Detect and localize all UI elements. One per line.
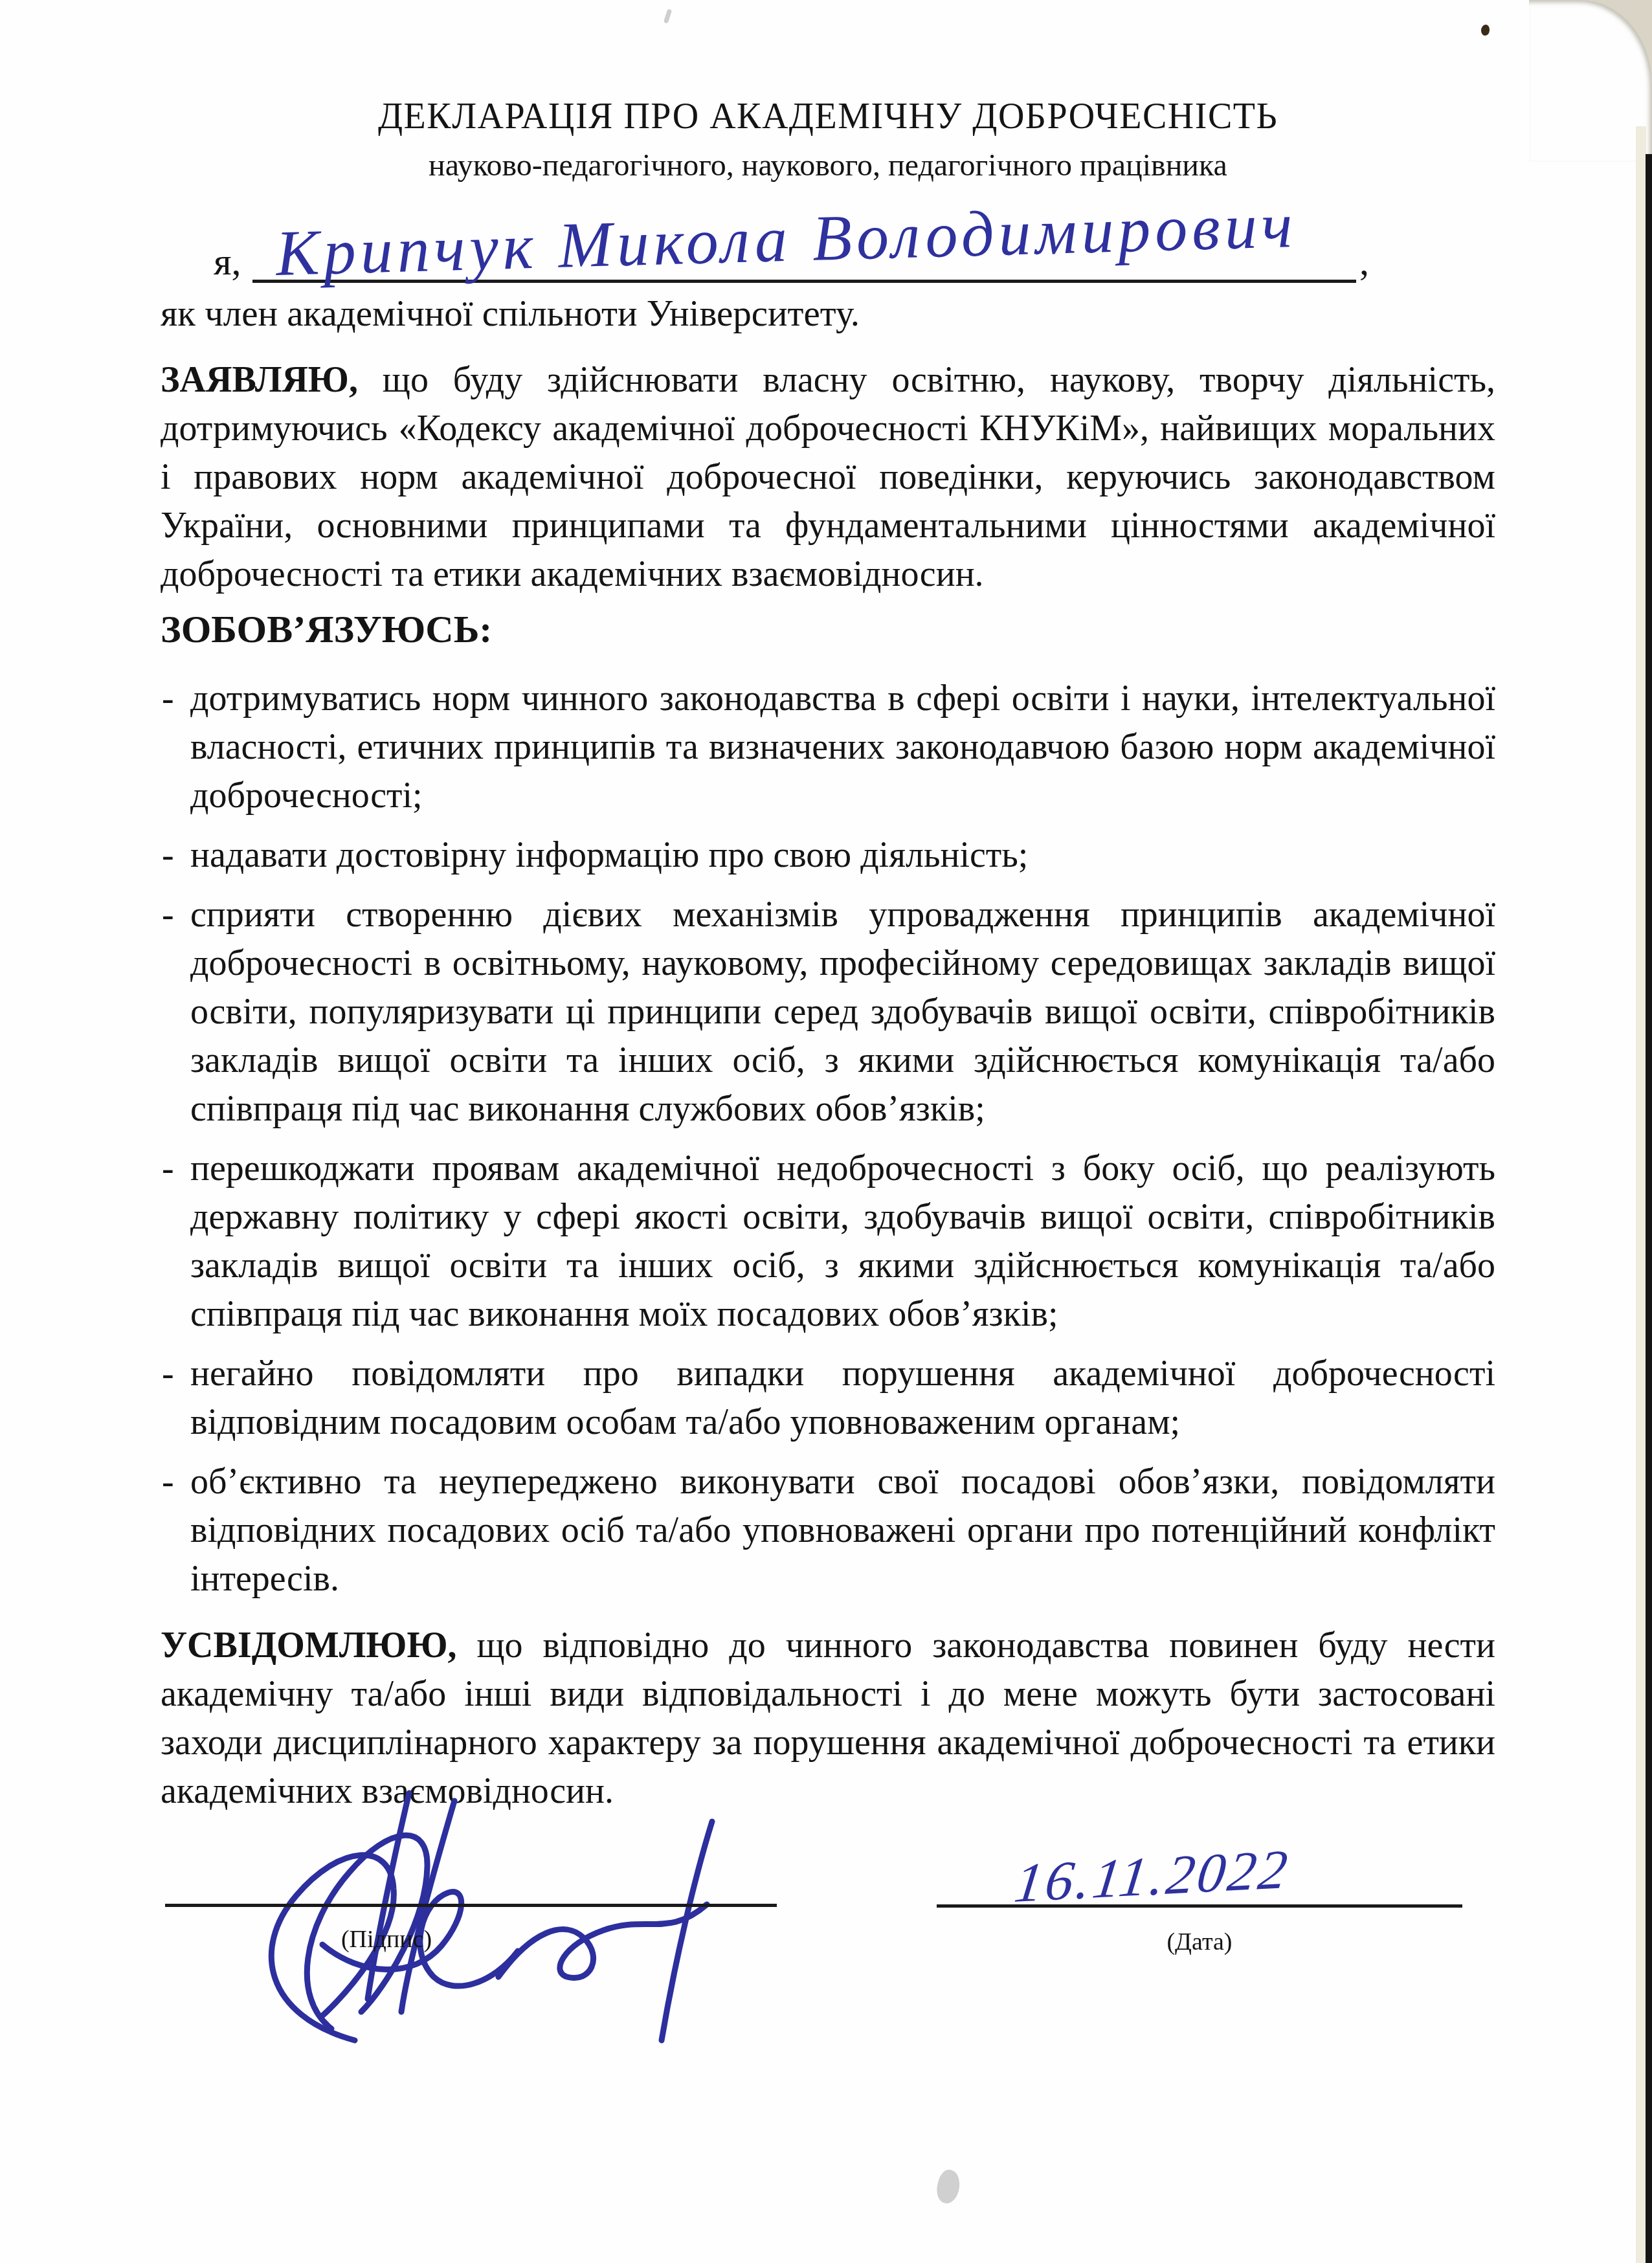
dash-bullet: - [162,1144,174,1193]
document-subtitle: науково-педагогічного, наукового, педаго… [161,148,1495,183]
signature-line [165,1904,777,1907]
scan-edge-right-strip [1646,154,1652,2263]
obligations-heading: ЗОБОВ’ЯЗУЮСЬ: [161,607,1495,652]
dash-bullet: - [162,1458,174,1506]
list-item-text: негайно повідомляти про випадки порушенн… [190,1354,1495,1442]
comma-after-name: , [1359,240,1369,284]
list-item: - надавати достовірну інформацію про сво… [161,831,1495,880]
list-item: - дотримуватись норм чинного законодавст… [161,674,1495,820]
signature-ink [194,1781,842,2053]
list-item: - перешкоджати проявам академічної недоб… [161,1144,1495,1339]
dash-bullet: - [162,891,174,939]
list-item: - негайно повідомляти про випадки поруше… [161,1350,1495,1447]
list-item-text: перешкоджати проявам академічної недобро… [190,1148,1495,1334]
handwritten-name: Крипчук Микола Володимирович [275,188,1298,291]
scan-smudge [933,2168,963,2206]
acknowledgement-lead: УСВІДОМЛЮЮ, [161,1625,456,1666]
scan-mark [664,8,672,23]
membership-line: як член академічної спільноти Університе… [161,293,1495,335]
dash-bullet: - [162,831,174,880]
scan-edge-cream-strip [1636,126,1646,2263]
statement-paragraph: ЗАЯВЛЯЮ, що буду здійснювати власну осві… [161,356,1495,599]
statement-body: що буду здійснювати власну освітню, наук… [161,360,1495,594]
list-item-text: надавати достовірну інформацію про свою … [190,835,1028,875]
list-item-text: сприяти створенню дієвих механізмів упро… [190,895,1495,1129]
dash-bullet: - [162,674,174,723]
date-caption: (Дата) [1005,1928,1394,1956]
dash-bullet: - [162,1350,174,1398]
obligations-list: - дотримуватись норм чинного законодавст… [161,674,1495,1614]
statement-lead: ЗАЯВЛЯЮ, [161,360,358,400]
list-item: - об’єктивно та неупереджено виконувати … [161,1458,1495,1603]
scan-corner-top-right [1529,0,1652,162]
list-item-text: дотримуватись норм чинного законодавства… [190,678,1495,816]
list-item: - сприяти створенню дієвих механізмів уп… [161,891,1495,1133]
scanned-declaration-page: ДЕКЛАРАЦІЯ ПРО АКАДЕМІЧНУ ДОБРОЧЕСНІСТЬ … [0,0,1652,2263]
signature-caption: (Підпис) [289,1925,484,1954]
list-item-text: об’єктивно та неупереджено виконувати св… [190,1462,1495,1599]
pronoun-label: я, [214,240,241,284]
document-title: ДЕКЛАРАЦІЯ ПРО АКАДЕМІЧНУ ДОБРОЧЕСНІСТЬ [161,96,1495,137]
ink-speck [1481,25,1490,36]
handwritten-signature [194,1781,842,2053]
date-line [937,1904,1462,1908]
